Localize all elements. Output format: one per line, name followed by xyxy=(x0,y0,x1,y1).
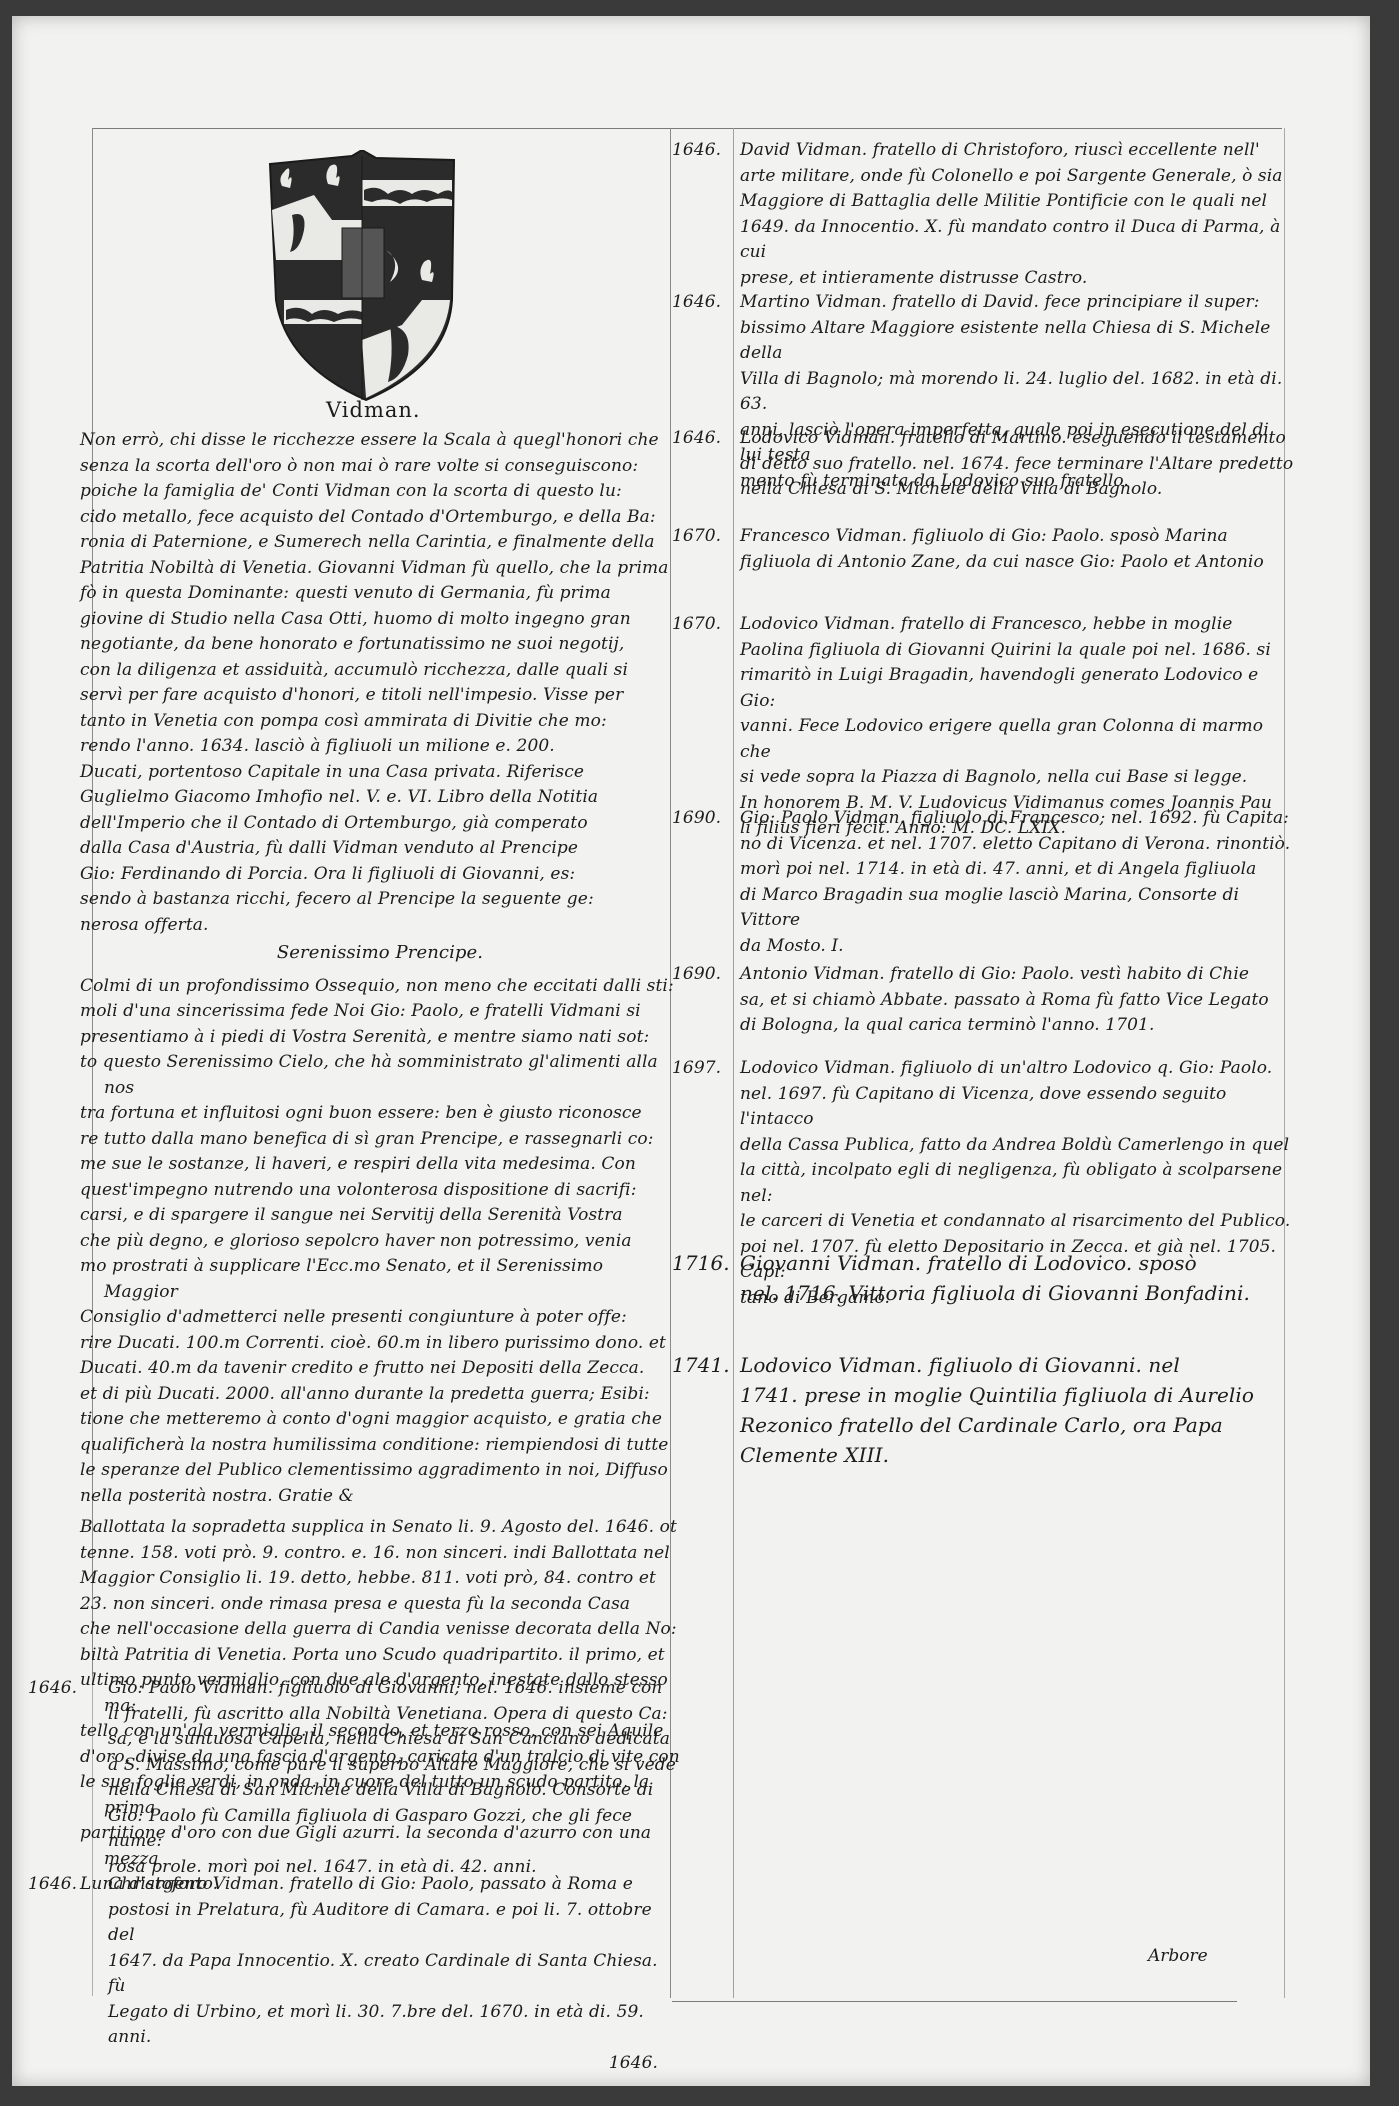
text-line: con la diligenza et assiduità, accumulò … xyxy=(104,658,680,684)
text-line: li fratelli, fù ascritto alla Nobiltà Ve… xyxy=(108,1702,678,1728)
text-line: dell'Imperio che il Contado di Ortemburg… xyxy=(104,811,680,837)
text-line: me sue le sostanze, li haveri, e respiri… xyxy=(104,1152,680,1178)
text-line: re tutto dalla mano benefica di sì gran … xyxy=(104,1127,680,1153)
text-line: da Mosto. I. xyxy=(740,934,1295,960)
entry-year: 1697. xyxy=(672,1056,734,1082)
bottom-rule-right xyxy=(672,2001,1237,2002)
entry-year: 1716. xyxy=(672,1248,734,1278)
text-line: tra fortuna et influitosi ogni buon esse… xyxy=(104,1101,680,1127)
text-line: no di Vicenza. et nel. 1707. eletto Capi… xyxy=(740,832,1295,858)
text-line: sendo à bastanza ricchi, fecero al Prenc… xyxy=(104,887,680,913)
text-line: Patritia Nobiltà di Venetia. Giovanni Vi… xyxy=(104,556,680,582)
entry-year: 1670. xyxy=(672,612,734,638)
text-line: negotiante, da bene honorato e fortunati… xyxy=(104,632,680,658)
entry-year: 1646. xyxy=(672,138,734,164)
text-line: nerosa offerta. xyxy=(104,913,680,939)
text-line: Gio: Paolo Vidman. figliuolo di Giovanni… xyxy=(108,1676,678,1702)
text-line: tenne. 158. voti prò. 9. contro. e. 16. … xyxy=(104,1541,680,1567)
text-line: di Bologna, la qual carica terminò l'ann… xyxy=(740,1013,1295,1039)
text-line: Colmi di un profondissimo Ossequio, non … xyxy=(104,974,680,1000)
text-line: Ducati. 40.m da tavenir credito e frutto… xyxy=(104,1356,680,1382)
text-line: Guglielmo Giacomo Imhofio nel. V. e. VI.… xyxy=(104,785,680,811)
text-line: moli d'una sincerissima fede Noi Gio: Pa… xyxy=(104,999,680,1025)
text-line: Consiglio d'admetterci nelle presenti co… xyxy=(104,1305,680,1331)
text-line: carsi, e di spargere il sangue nei Servi… xyxy=(104,1203,680,1229)
text-line: Lodovico Vidman. fratello di Martino. es… xyxy=(740,426,1295,452)
text-line: biltà Patritia di Venetia. Porta uno Scu… xyxy=(104,1643,680,1669)
text-line: vanni. Fece Lodovico erigere quella gran… xyxy=(740,714,1295,765)
entry-year: 1670. xyxy=(672,524,734,550)
text-line: la città, incolpato egli di negligenza, … xyxy=(740,1158,1295,1209)
text-line: le carceri di Venetia et condannato al r… xyxy=(740,1209,1295,1235)
coat-of-arms-icon xyxy=(262,150,462,402)
text-line: mo prostrati à supplicare l'Ecc.mo Senat… xyxy=(104,1254,680,1305)
text-line: di Marco Bragadin sua moglie lasciò Mari… xyxy=(740,883,1295,934)
text-line: nel. 1697. fù Capitano di Vicenza, dove … xyxy=(740,1082,1295,1133)
text-line: Martino Vidman. fratello di David. fece … xyxy=(740,290,1295,316)
text-line: le speranze del Publico clementissimo ag… xyxy=(104,1458,680,1484)
text-line: nella Chiesa di S. Michele della Villa d… xyxy=(740,477,1295,503)
text-line: Antonio Vidman. fratello di Gio: Paolo. … xyxy=(740,962,1295,988)
text-line: nella posterità nostra. Gratie & xyxy=(104,1484,680,1510)
text-line: arte militare, onde fù Colonello e poi S… xyxy=(740,164,1295,190)
text-line: Paolina figliuola di Giovanni Quirini la… xyxy=(740,638,1295,664)
text-line: Villa di Bagnolo; mà morendo li. 24. lug… xyxy=(740,367,1295,418)
text-line: tione che metteremo à conto d'ogni maggi… xyxy=(104,1407,680,1433)
text-line: prese, et intieramente distrusse Castro. xyxy=(740,266,1295,292)
text-line: nella Chiesa di San Michele della Villa … xyxy=(108,1778,678,1804)
text-line: Gio: Ferdinando di Porcia. Ora li figliu… xyxy=(104,862,680,888)
text-line: poiche la famiglia de' Conti Vidman con … xyxy=(104,479,680,505)
text-line: ronia di Paternione, e Sumerech nella Ca… xyxy=(104,530,680,556)
text-line: Lodovico Vidman. fratello di Francesco, … xyxy=(740,612,1295,638)
intro-paragraph: Non errò, chi disse le ricchezze essere … xyxy=(80,428,680,938)
text-line: Gio: Paolo fù Camilla figliuola di Gaspa… xyxy=(108,1804,678,1855)
signature-catchword: Arbore xyxy=(1148,1946,1208,1966)
text-line: Clemente XIII. xyxy=(740,1440,1295,1470)
text-line: tanto in Venetia con pompa così ammirata… xyxy=(104,709,680,735)
text-line: Non errò, chi disse le ricchezze essere … xyxy=(104,428,680,454)
text-line: morì poi nel. 1714. in età di. 47. anni,… xyxy=(740,857,1295,883)
text-line: Giovanni Vidman. fratello di Lodovico. s… xyxy=(740,1248,1295,1278)
text-line: rendo l'anno. 1634. lasciò à figliuoli u… xyxy=(104,734,680,760)
text-line: che più degno, e glorioso sepolcro haver… xyxy=(104,1229,680,1255)
text-line: fò in questa Dominante: questi venuto di… xyxy=(104,581,680,607)
text-line: Christoforo Vidman. fratello di Gio: Pao… xyxy=(108,1872,678,1898)
text-line: à S. Massimo, come pure il superbo Altar… xyxy=(108,1753,678,1779)
text-line: Francesco Vidman. figliuolo di Gio: Paol… xyxy=(740,524,1295,550)
text-line: 23. non sinceri. onde rimasa presa e que… xyxy=(104,1592,680,1618)
text-line: rimaritò in Luigi Bragadin, havendogli g… xyxy=(740,663,1295,714)
entry-year: 1690. xyxy=(672,806,734,832)
text-line: che nell'occasione della guerra di Candi… xyxy=(104,1617,680,1643)
text-line: to questo Serenissimo Cielo, che hà somm… xyxy=(104,1050,680,1101)
entry-year: 1646. xyxy=(28,1676,90,1702)
text-line: cido metallo, fece acquisto del Contado … xyxy=(104,505,680,531)
text-line: Ducati, portentoso Capitale in una Casa … xyxy=(104,760,680,786)
text-line: 1741. prese in moglie Quintilia figliuol… xyxy=(740,1380,1295,1410)
entry-year: 1646. xyxy=(672,290,734,316)
text-line: et di più Ducati. 2000. all'anno durante… xyxy=(104,1382,680,1408)
text-line: Lodovico Vidman. figliuolo di un'altro L… xyxy=(740,1056,1295,1082)
text-line: servì per fare acquisto d'honori, e tito… xyxy=(104,683,680,709)
family-name-heading: Vidman. xyxy=(326,398,421,422)
entry-year: 1741. xyxy=(672,1350,734,1380)
text-line: quest'impegno nutrendo una volonterosa d… xyxy=(104,1178,680,1204)
text-line: 1649. da Innocentio. X. fù mandato contr… xyxy=(740,215,1295,266)
text-line: si vede sopra la Piazza di Bagnolo, nell… xyxy=(740,765,1295,791)
entry-year: 1690. xyxy=(672,962,734,988)
top-rule xyxy=(92,128,1282,129)
text-line: senza la scorta dell'oro ò non mai ò rar… xyxy=(104,454,680,480)
text-line: Maggior Consiglio li. 19. detto, hebbe. … xyxy=(104,1566,680,1592)
text-line: Lodovico Vidman. figliuolo di Giovanni. … xyxy=(740,1350,1295,1380)
text-line: sa, è la suntuosa Capella, nella Chiesa … xyxy=(108,1727,678,1753)
text-line: rire Ducati. 100.m Correnti. cioè. 60.m … xyxy=(104,1331,680,1357)
text-line: bissimo Altare Maggiore esistente nella … xyxy=(740,316,1295,367)
text-line: Gio: Paolo Vidman. figliuolo di Francesc… xyxy=(740,806,1295,832)
entry-year: 1646. xyxy=(672,426,734,452)
text-line: giovine di Studio nella Casa Otti, huomo… xyxy=(104,607,680,633)
text-line: nel. 1716. Vittoria figliuola di Giovann… xyxy=(740,1278,1295,1308)
text-line: qualificherà la nostra humilissima condi… xyxy=(104,1433,680,1459)
text-line: presentiamo à i piedi di Vostra Serenità… xyxy=(104,1025,680,1051)
petition-heading: Serenissimo Prencipe. xyxy=(80,940,680,966)
text-line: Legato di Urbino, et morì li. 30. 7.bre … xyxy=(108,2000,678,2051)
text-line: postosi in Prelatura, fù Auditore di Cam… xyxy=(108,1898,678,1949)
text-line: della Cassa Publica, fatto da Andrea Bol… xyxy=(740,1133,1295,1159)
entry-year: 1646. xyxy=(28,1872,90,1898)
text-line: David Vidman. fratello di Christoforo, r… xyxy=(740,138,1295,164)
text-line: figliuola di Antonio Zane, da cui nasce … xyxy=(740,550,1295,576)
text-line: Maggiore di Battaglia delle Militie Pont… xyxy=(740,189,1295,215)
text-line: sa, et si chiamò Abbate. passato à Roma … xyxy=(740,988,1295,1014)
text-line: Ballottata la sopradetta supplica in Sen… xyxy=(104,1515,680,1541)
text-line: dalla Casa d'Austria, fù dalli Vidman ve… xyxy=(104,836,680,862)
text-line: Rezonico fratello del Cardinale Carlo, o… xyxy=(740,1410,1295,1440)
text-line: di detto suo fratello. nel. 1674. fece t… xyxy=(740,452,1295,478)
catchword-year: 1646. xyxy=(108,2051,678,2077)
text-line: 1647. da Papa Innocentio. X. creato Card… xyxy=(108,1949,678,2000)
petition-paragraph: Colmi di un profondissimo Ossequio, non … xyxy=(80,974,680,1510)
